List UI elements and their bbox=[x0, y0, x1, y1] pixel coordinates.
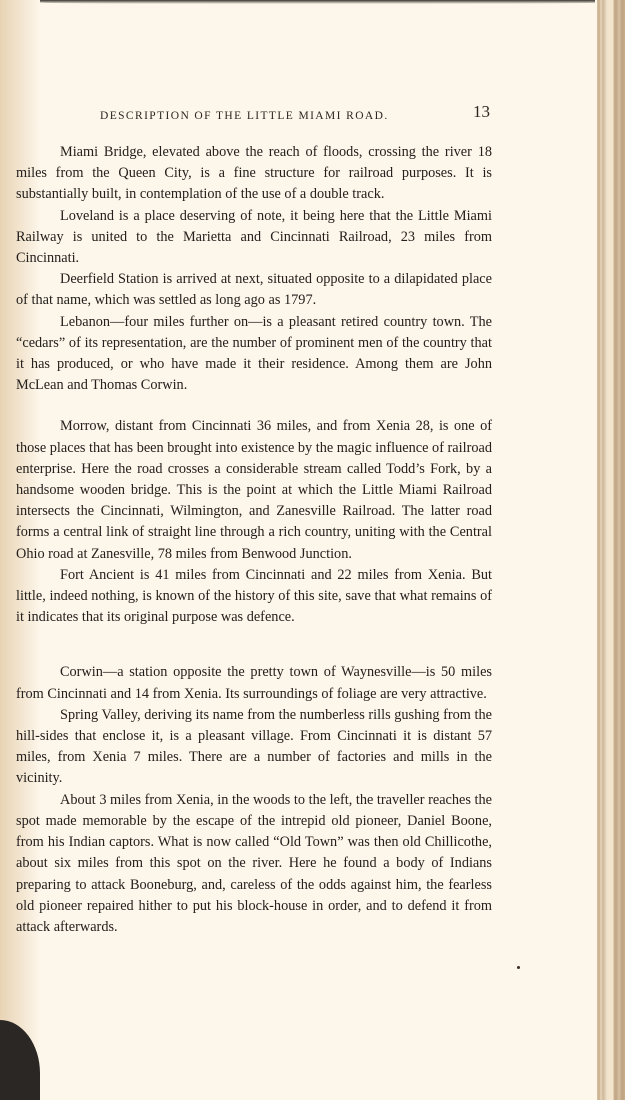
running-head: DESCRIPTION OF THE LITTLE MIAMI ROAD. bbox=[100, 110, 389, 122]
paragraph-lebanon: Lebanon—four miles further on—is a pleas… bbox=[16, 312, 492, 397]
top-edge-shadow bbox=[40, 0, 600, 4]
paragraph-daniel-boone: About 3 miles from Xenia, in the woods t… bbox=[16, 790, 492, 938]
page-number: 13 bbox=[473, 102, 490, 122]
page-header: DESCRIPTION OF THE LITTLE MIAMI ROAD. 13 bbox=[100, 104, 490, 124]
paragraph-fort-ancient: Fort Ancient is 41 miles from Cincinnati… bbox=[16, 565, 492, 629]
book-page-edges bbox=[595, 0, 625, 1100]
paragraph-morrow: Morrow, distant from Cincinnati 36 miles… bbox=[16, 416, 492, 564]
paragraph-loveland: Loveland is a place deserving of note, i… bbox=[16, 206, 492, 270]
paragraph-miami-bridge: Miami Bridge, elevated above the reach o… bbox=[16, 142, 492, 206]
paragraph-corwin: Corwin—a station opposite the pretty tow… bbox=[16, 662, 492, 704]
paragraph-spring-valley: Spring Valley, deriving its name from th… bbox=[16, 705, 492, 790]
paragraph-deerfield: Deerfield Station is arrived at next, si… bbox=[16, 269, 492, 311]
body-text: Miami Bridge, elevated above the reach o… bbox=[16, 142, 492, 938]
ink-speck bbox=[517, 966, 520, 969]
scanned-book-page: DESCRIPTION OF THE LITTLE MIAMI ROAD. 13… bbox=[0, 0, 625, 1100]
